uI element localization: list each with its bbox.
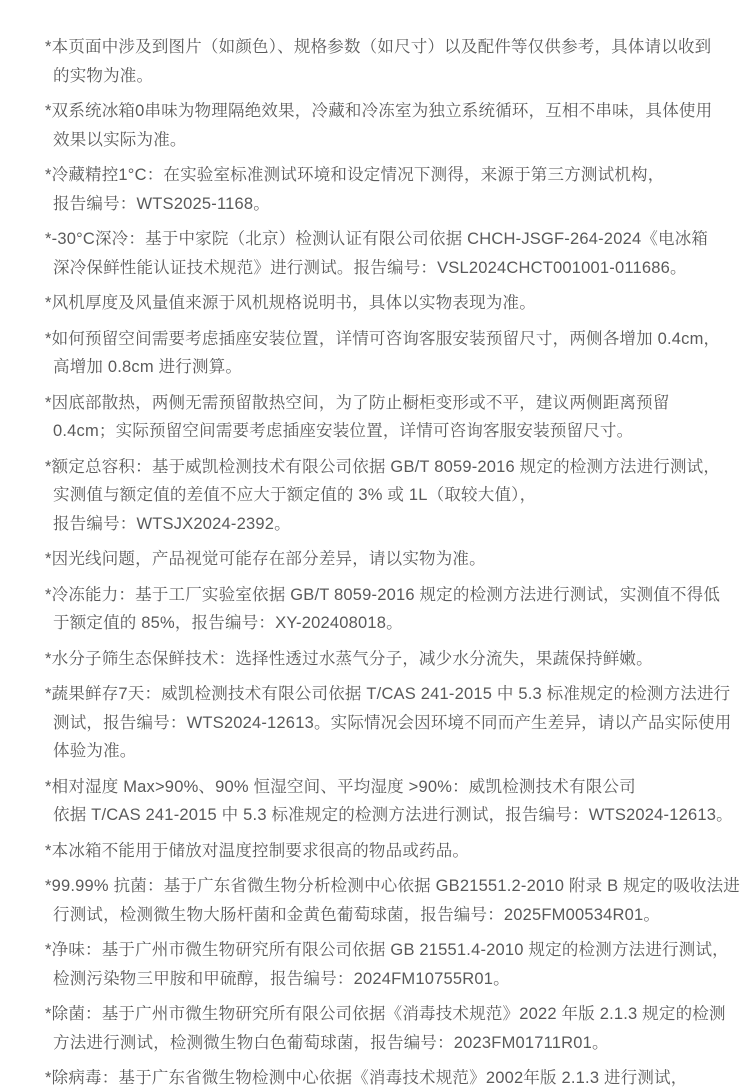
note-paragraph: *蔬果鲜存7天：威凯检测技术有限公司依据 T/CAS 241-2015 中 5.… <box>45 680 740 766</box>
note-line-first: *99.99% 抗菌：基于广东省微生物分析检测中心依据 GB21551.2-20… <box>45 872 740 901</box>
note-line-continuation: 的实物为准。 <box>53 62 740 91</box>
note-line-continuation: 深冷保鲜性能认证技术规范》进行测试。报告编号：VSL2024CHCT001001… <box>53 254 740 283</box>
note-line-first: *额定总容积：基于威凯检测技术有限公司依据 GB/T 8059-2016 规定的… <box>45 453 740 482</box>
note-line-continuation: 高增加 0.8cm 进行测算。 <box>53 353 740 382</box>
note-paragraph: *除病毒：基于广东省微生物检测中心依据《消毒技术规范》2002年版 2.1.3 … <box>45 1064 740 1087</box>
disclaimer-page: *本页面中涉及到图片（如颜色）、规格参数（如尺寸）以及配件等仅供参考，具体请以收… <box>0 0 750 1087</box>
note-line-first: *风机厚度及风量值来源于风机规格说明书，具体以实物表现为准。 <box>45 289 740 318</box>
note-line-continuation: 实测值与额定值的差值不应大于额定值的 3% 或 1L（取较大值）， <box>53 481 740 510</box>
note-paragraph: *99.99% 抗菌：基于广东省微生物分析检测中心依据 GB21551.2-20… <box>45 872 740 929</box>
note-paragraph: *相对湿度 Max>90%、90% 恒湿空间、平均湿度 >90%：威凯检测技术有… <box>45 773 740 830</box>
note-line-first: *水分子筛生态保鲜技术：选择性透过水蒸气分子，减少水分流失，果蔬保持鲜嫩。 <box>45 645 740 674</box>
note-paragraph: *冷冻能力：基于工厂实验室依据 GB/T 8059-2016 规定的检测方法进行… <box>45 581 740 638</box>
note-line-first: *因光线问题，产品视觉可能存在部分差异，请以实物为准。 <box>45 545 740 574</box>
note-line-first: *相对湿度 Max>90%、90% 恒湿空间、平均湿度 >90%：威凯检测技术有… <box>45 773 740 802</box>
note-paragraph: *风机厚度及风量值来源于风机规格说明书，具体以实物表现为准。 <box>45 289 740 318</box>
note-line-first: *冷冻能力：基于工厂实验室依据 GB/T 8059-2016 规定的检测方法进行… <box>45 581 740 610</box>
note-line-continuation: 于额定值的 85%，报告编号：XY-202408018。 <box>53 609 740 638</box>
note-paragraph: *水分子筛生态保鲜技术：选择性透过水蒸气分子，减少水分流失，果蔬保持鲜嫩。 <box>45 645 740 674</box>
note-line-first: *冷藏精控1°C：在实验室标准测试环境和设定情况下测得，来源于第三方测试机构， <box>45 161 740 190</box>
note-paragraph: *如何预留空间需要考虑插座安装位置，详情可咨询客服安装预留尺寸，两侧各增加 0.… <box>45 325 740 382</box>
note-line-continuation: 体验为准。 <box>53 737 740 766</box>
note-line-first: *双系统冰箱0串味为物理隔绝效果，冷藏和冷冻室为独立系统循环，互相不串味，具体使… <box>45 97 740 126</box>
note-line-first: *蔬果鲜存7天：威凯检测技术有限公司依据 T/CAS 241-2015 中 5.… <box>45 680 740 709</box>
note-line-continuation: 效果以实际为准。 <box>53 126 740 155</box>
note-line-first: *-30°C深冷：基于中家院（北京）检测认证有限公司依据 CHCH-JSGF-2… <box>45 225 740 254</box>
note-paragraph: *本冰箱不能用于储放对温度控制要求很高的物品或药品。 <box>45 837 740 866</box>
note-paragraph: *净味：基于广州市微生物研究所有限公司依据 GB 21551.4-2010 规定… <box>45 936 740 993</box>
note-line-first: *本冰箱不能用于储放对温度控制要求很高的物品或药品。 <box>45 837 740 866</box>
note-line-first: *净味：基于广州市微生物研究所有限公司依据 GB 21551.4-2010 规定… <box>45 936 740 965</box>
note-paragraph: *除菌：基于广州市微生物研究所有限公司依据《消毒技术规范》2022 年版 2.1… <box>45 1000 740 1057</box>
note-paragraph: *-30°C深冷：基于中家院（北京）检测认证有限公司依据 CHCH-JSGF-2… <box>45 225 740 282</box>
note-line-continuation: 0.4cm；实际预留空间需要考虑插座安装位置，详情可咨询客服安装预留尺寸。 <box>53 417 740 446</box>
note-paragraph: *因光线问题，产品视觉可能存在部分差异，请以实物为准。 <box>45 545 740 574</box>
note-line-continuation: 行测试，检测微生物大肠杆菌和金黄色葡萄球菌，报告编号：2025FM00534R0… <box>53 901 740 930</box>
note-paragraph: *冷藏精控1°C：在实验室标准测试环境和设定情况下测得，来源于第三方测试机构，报… <box>45 161 740 218</box>
note-line-continuation: 测试，报告编号：WTS2024-12613。实际情况会因环境不同而产生差异，请以… <box>53 709 740 738</box>
note-line-first: *本页面中涉及到图片（如颜色）、规格参数（如尺寸）以及配件等仅供参考，具体请以收… <box>45 33 740 62</box>
note-line-continuation: 报告编号：WTSJX2024-2392。 <box>53 510 740 539</box>
note-line-continuation: 方法进行测试，检测微生物白色葡萄球菌，报告编号：2023FM01711R01。 <box>53 1029 740 1058</box>
note-line-continuation: 依据 T/CAS 241-2015 中 5.3 标准规定的检测方法进行测试，报告… <box>53 801 740 830</box>
note-paragraph: *因底部散热，两侧无需预留散热空间，为了防止橱柜变形或不平，建议两侧距离预留0.… <box>45 389 740 446</box>
note-paragraph: *额定总容积：基于威凯检测技术有限公司依据 GB/T 8059-2016 规定的… <box>45 453 740 539</box>
note-line-first: *除病毒：基于广东省微生物检测中心依据《消毒技术规范》2002年版 2.1.3 … <box>45 1064 740 1087</box>
note-line-first: *因底部散热，两侧无需预留散热空间，为了防止橱柜变形或不平，建议两侧距离预留 <box>45 389 740 418</box>
note-line-first: *如何预留空间需要考虑插座安装位置，详情可咨询客服安装预留尺寸，两侧各增加 0.… <box>45 325 740 354</box>
disclaimer-notes: *本页面中涉及到图片（如颜色）、规格参数（如尺寸）以及配件等仅供参考，具体请以收… <box>45 33 740 1087</box>
note-line-first: *除菌：基于广州市微生物研究所有限公司依据《消毒技术规范》2022 年版 2.1… <box>45 1000 740 1029</box>
note-line-continuation: 报告编号：WTS2025-1168。 <box>53 190 740 219</box>
note-paragraph: *本页面中涉及到图片（如颜色）、规格参数（如尺寸）以及配件等仅供参考，具体请以收… <box>45 33 740 90</box>
note-paragraph: *双系统冰箱0串味为物理隔绝效果，冷藏和冷冻室为独立系统循环，互相不串味，具体使… <box>45 97 740 154</box>
note-line-continuation: 检测污染物三甲胺和甲硫醇，报告编号：2024FM10755R01。 <box>53 965 740 994</box>
